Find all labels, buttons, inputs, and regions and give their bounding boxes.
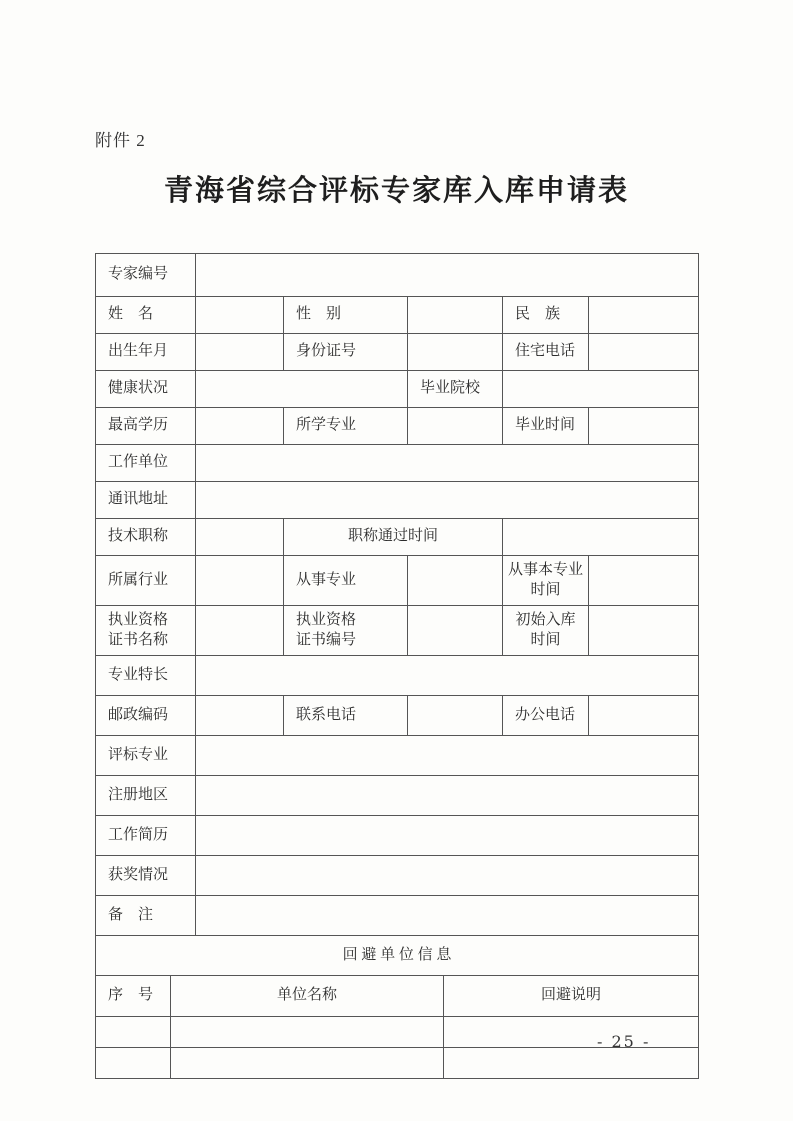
technical-title-label: 技术职称 bbox=[96, 519, 196, 556]
home-phone-field bbox=[589, 334, 699, 371]
form-title: 青海省综合评标专家库入库申请表 bbox=[0, 168, 793, 209]
avoidance-units-table: 序 号 单位名称 回避说明 bbox=[95, 975, 699, 1079]
avoidance-note-col-header: 回避说明 bbox=[444, 976, 699, 1017]
avoidance-note-field bbox=[444, 1017, 699, 1048]
birth-date-field bbox=[196, 334, 284, 371]
table-row: 出生年月 身份证号 住宅电话 bbox=[96, 334, 699, 371]
expert-id-field bbox=[196, 254, 699, 297]
industry-label: 所属行业 bbox=[96, 556, 196, 606]
qualification-cert-name-label: 执业资格 证书名称 bbox=[96, 606, 196, 656]
registration-region-field bbox=[196, 776, 699, 816]
table-row: 序 号 单位名称 回避说明 bbox=[96, 976, 699, 1017]
table-row: 专业特长 bbox=[96, 656, 699, 696]
title-approval-time-label: 职称通过时间 bbox=[284, 519, 503, 556]
initial-entry-time-label: 初始入库 时间 bbox=[503, 606, 589, 656]
health-status-field bbox=[196, 371, 408, 408]
contact-phone-label: 联系电话 bbox=[284, 696, 408, 736]
birth-date-label: 出生年月 bbox=[96, 334, 196, 371]
gender-label: 性 别 bbox=[284, 297, 408, 334]
name-field bbox=[196, 297, 284, 334]
table-row: 健康状况 毕业院校 bbox=[96, 371, 699, 408]
profession-duration-field bbox=[589, 556, 699, 606]
table-row: 最高学历 所学专业 毕业时间 bbox=[96, 408, 699, 445]
application-form: 专家编号 姓 名 性 别 民 族 出生年月 身份证号 住宅电话 健康状况 bbox=[95, 253, 698, 1079]
serial-col-header: 序 号 bbox=[96, 976, 171, 1017]
qualification-cert-no-field bbox=[408, 606, 503, 656]
industry-field bbox=[196, 556, 284, 606]
specialty-label: 专业特长 bbox=[96, 656, 196, 696]
contact-phone-field bbox=[408, 696, 503, 736]
profession-engaged-label: 从事专业 bbox=[284, 556, 408, 606]
awards-label: 获奖情况 bbox=[96, 856, 196, 896]
unit-name-col-header: 单位名称 bbox=[171, 976, 444, 1017]
table-row: 姓 名 性 别 民 族 bbox=[96, 297, 699, 334]
profession-engaged-field bbox=[408, 556, 503, 606]
table-row: 工作单位 bbox=[96, 445, 699, 482]
table-row: 邮政编码 联系电话 办公电话 bbox=[96, 696, 699, 736]
table-row: 技术职称 职称通过时间 bbox=[96, 519, 699, 556]
work-unit-label: 工作单位 bbox=[96, 445, 196, 482]
initial-entry-time-field bbox=[589, 606, 699, 656]
ethnicity-field bbox=[589, 297, 699, 334]
awards-field bbox=[196, 856, 699, 896]
table-row: 所属行业 从事专业 从事本专业 时间 bbox=[96, 556, 699, 606]
graduation-time-field bbox=[589, 408, 699, 445]
graduation-time-label: 毕业时间 bbox=[503, 408, 589, 445]
highest-education-label: 最高学历 bbox=[96, 408, 196, 445]
major-studied-field bbox=[408, 408, 503, 445]
work-resume-label: 工作简历 bbox=[96, 816, 196, 856]
unit-name-field bbox=[171, 1017, 444, 1048]
mailing-address-field bbox=[196, 482, 699, 519]
home-phone-label: 住宅电话 bbox=[503, 334, 589, 371]
name-label: 姓 名 bbox=[96, 297, 196, 334]
work-unit-field bbox=[196, 445, 699, 482]
attachment-label: 附件 2 bbox=[95, 126, 146, 151]
profession-duration-label: 从事本专业 时间 bbox=[503, 556, 589, 606]
office-phone-label: 办公电话 bbox=[503, 696, 589, 736]
gender-field bbox=[408, 297, 503, 334]
unit-name-field bbox=[171, 1048, 444, 1079]
technical-title-field bbox=[196, 519, 284, 556]
table-row: 专家编号 bbox=[96, 254, 699, 297]
application-form-table: 专家编号 姓 名 性 别 民 族 出生年月 身份证号 住宅电话 健康状况 bbox=[95, 253, 699, 976]
bid-evaluation-major-field bbox=[196, 736, 699, 776]
graduation-school-field bbox=[503, 371, 699, 408]
office-phone-field bbox=[589, 696, 699, 736]
serial-field bbox=[96, 1048, 171, 1079]
document-page: 附件 2 青海省综合评标专家库入库申请表 专家编号 姓 名 性 别 民 族 出生… bbox=[0, 0, 793, 1121]
serial-field bbox=[96, 1017, 171, 1048]
table-row: 获奖情况 bbox=[96, 856, 699, 896]
specialty-field bbox=[196, 656, 699, 696]
highest-education-field bbox=[196, 408, 284, 445]
avoidance-section-header: 回 避 单 位 信 息 bbox=[96, 936, 699, 976]
table-row: 回 避 单 位 信 息 bbox=[96, 936, 699, 976]
health-status-label: 健康状况 bbox=[96, 371, 196, 408]
table-row: 工作简历 bbox=[96, 816, 699, 856]
graduation-school-label: 毕业院校 bbox=[408, 371, 503, 408]
id-number-field bbox=[408, 334, 503, 371]
table-row: 备 注 bbox=[96, 896, 699, 936]
qualification-cert-name-field bbox=[196, 606, 284, 656]
table-row: 注册地区 bbox=[96, 776, 699, 816]
id-number-label: 身份证号 bbox=[284, 334, 408, 371]
table-row: 执业资格 证书名称 执业资格 证书编号 初始入库 时间 bbox=[96, 606, 699, 656]
postal-code-label: 邮政编码 bbox=[96, 696, 196, 736]
remarks-field bbox=[196, 896, 699, 936]
title-approval-time-field bbox=[503, 519, 699, 556]
avoidance-row bbox=[96, 1048, 699, 1079]
avoidance-note-field bbox=[444, 1048, 699, 1079]
ethnicity-label: 民 族 bbox=[503, 297, 589, 334]
mailing-address-label: 通讯地址 bbox=[96, 482, 196, 519]
expert-id-label: 专家编号 bbox=[96, 254, 196, 297]
remarks-label: 备 注 bbox=[96, 896, 196, 936]
table-row: 通讯地址 bbox=[96, 482, 699, 519]
qualification-cert-no-label: 执业资格 证书编号 bbox=[284, 606, 408, 656]
major-studied-label: 所学专业 bbox=[284, 408, 408, 445]
page-number: - 25 - bbox=[597, 1032, 650, 1051]
bid-evaluation-major-label: 评标专业 bbox=[96, 736, 196, 776]
postal-code-field bbox=[196, 696, 284, 736]
table-row: 评标专业 bbox=[96, 736, 699, 776]
work-resume-field bbox=[196, 816, 699, 856]
registration-region-label: 注册地区 bbox=[96, 776, 196, 816]
